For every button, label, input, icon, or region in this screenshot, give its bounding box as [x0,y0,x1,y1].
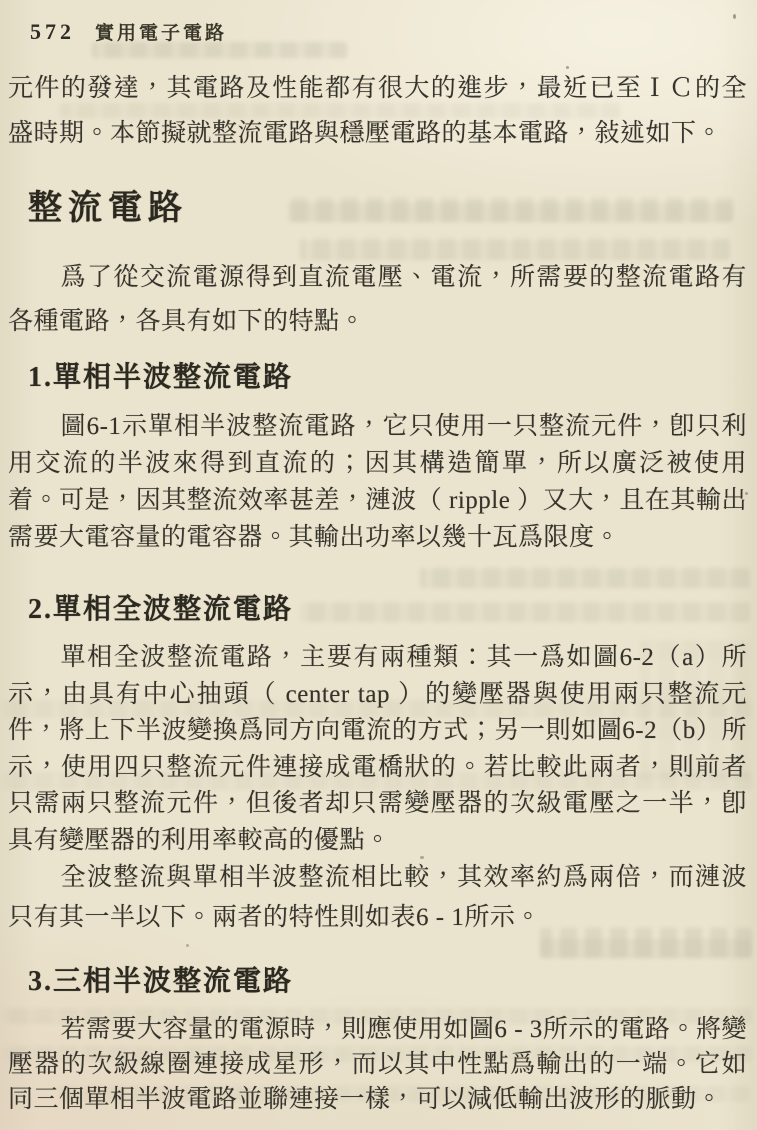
subsection-3-paragraph: 若需要大容量的電源時，則應使用如圖6 - 3所示的電路。將變壓器的次級線圈連接成… [8,1012,747,1117]
subsection-2-title: 2.單相全波整流電路 [28,596,293,624]
subsection-2-paragraph-2: 全波整流與單相半波整流相比較，其效率約爲兩倍，而漣波只有其一半以下。兩者的特性則… [8,858,747,938]
subsection-3-title: 3.三相半波整流電路 [28,968,293,996]
ink-speck [186,944,189,947]
subsection-2-paragraph-1: 單相全波整流電路，主要有兩種類：其一爲如圖6-2（a）所示，由具有中心抽頭（ c… [8,640,747,859]
subsection-1-paragraph: 圖6-1示單相半波整流電路，它只使用一只整流元件，卽只利用交流的半波來得到直流的… [8,408,747,556]
bleedthrough-artifact [420,568,750,588]
ink-speck [733,14,736,19]
book-title: 實用電子電路 [95,18,227,45]
scanned-book-page: { "colors": { "paper": "#eae3cd", "ink":… [0,0,757,1130]
intro-paragraph: 元件的發達，其電路及性能都有很大的進步，最近已至ＩＣ的全盛時期。本節擬就整流電路… [8,66,747,156]
subsection-1-title: 1.單相半波整流電路 [28,364,293,392]
section-title: 整流電路 [28,192,188,226]
page-header: 572 實用電子電路 [30,18,227,45]
bleedthrough-artifact [288,198,733,222]
bleedthrough-artifact [300,602,750,622]
section-lead-paragraph: 爲了從交流電源得到直流電壓、電流，所需要的整流電路有各種電路，各具有如下的特點。 [8,256,747,344]
page-number: 572 [30,19,75,45]
